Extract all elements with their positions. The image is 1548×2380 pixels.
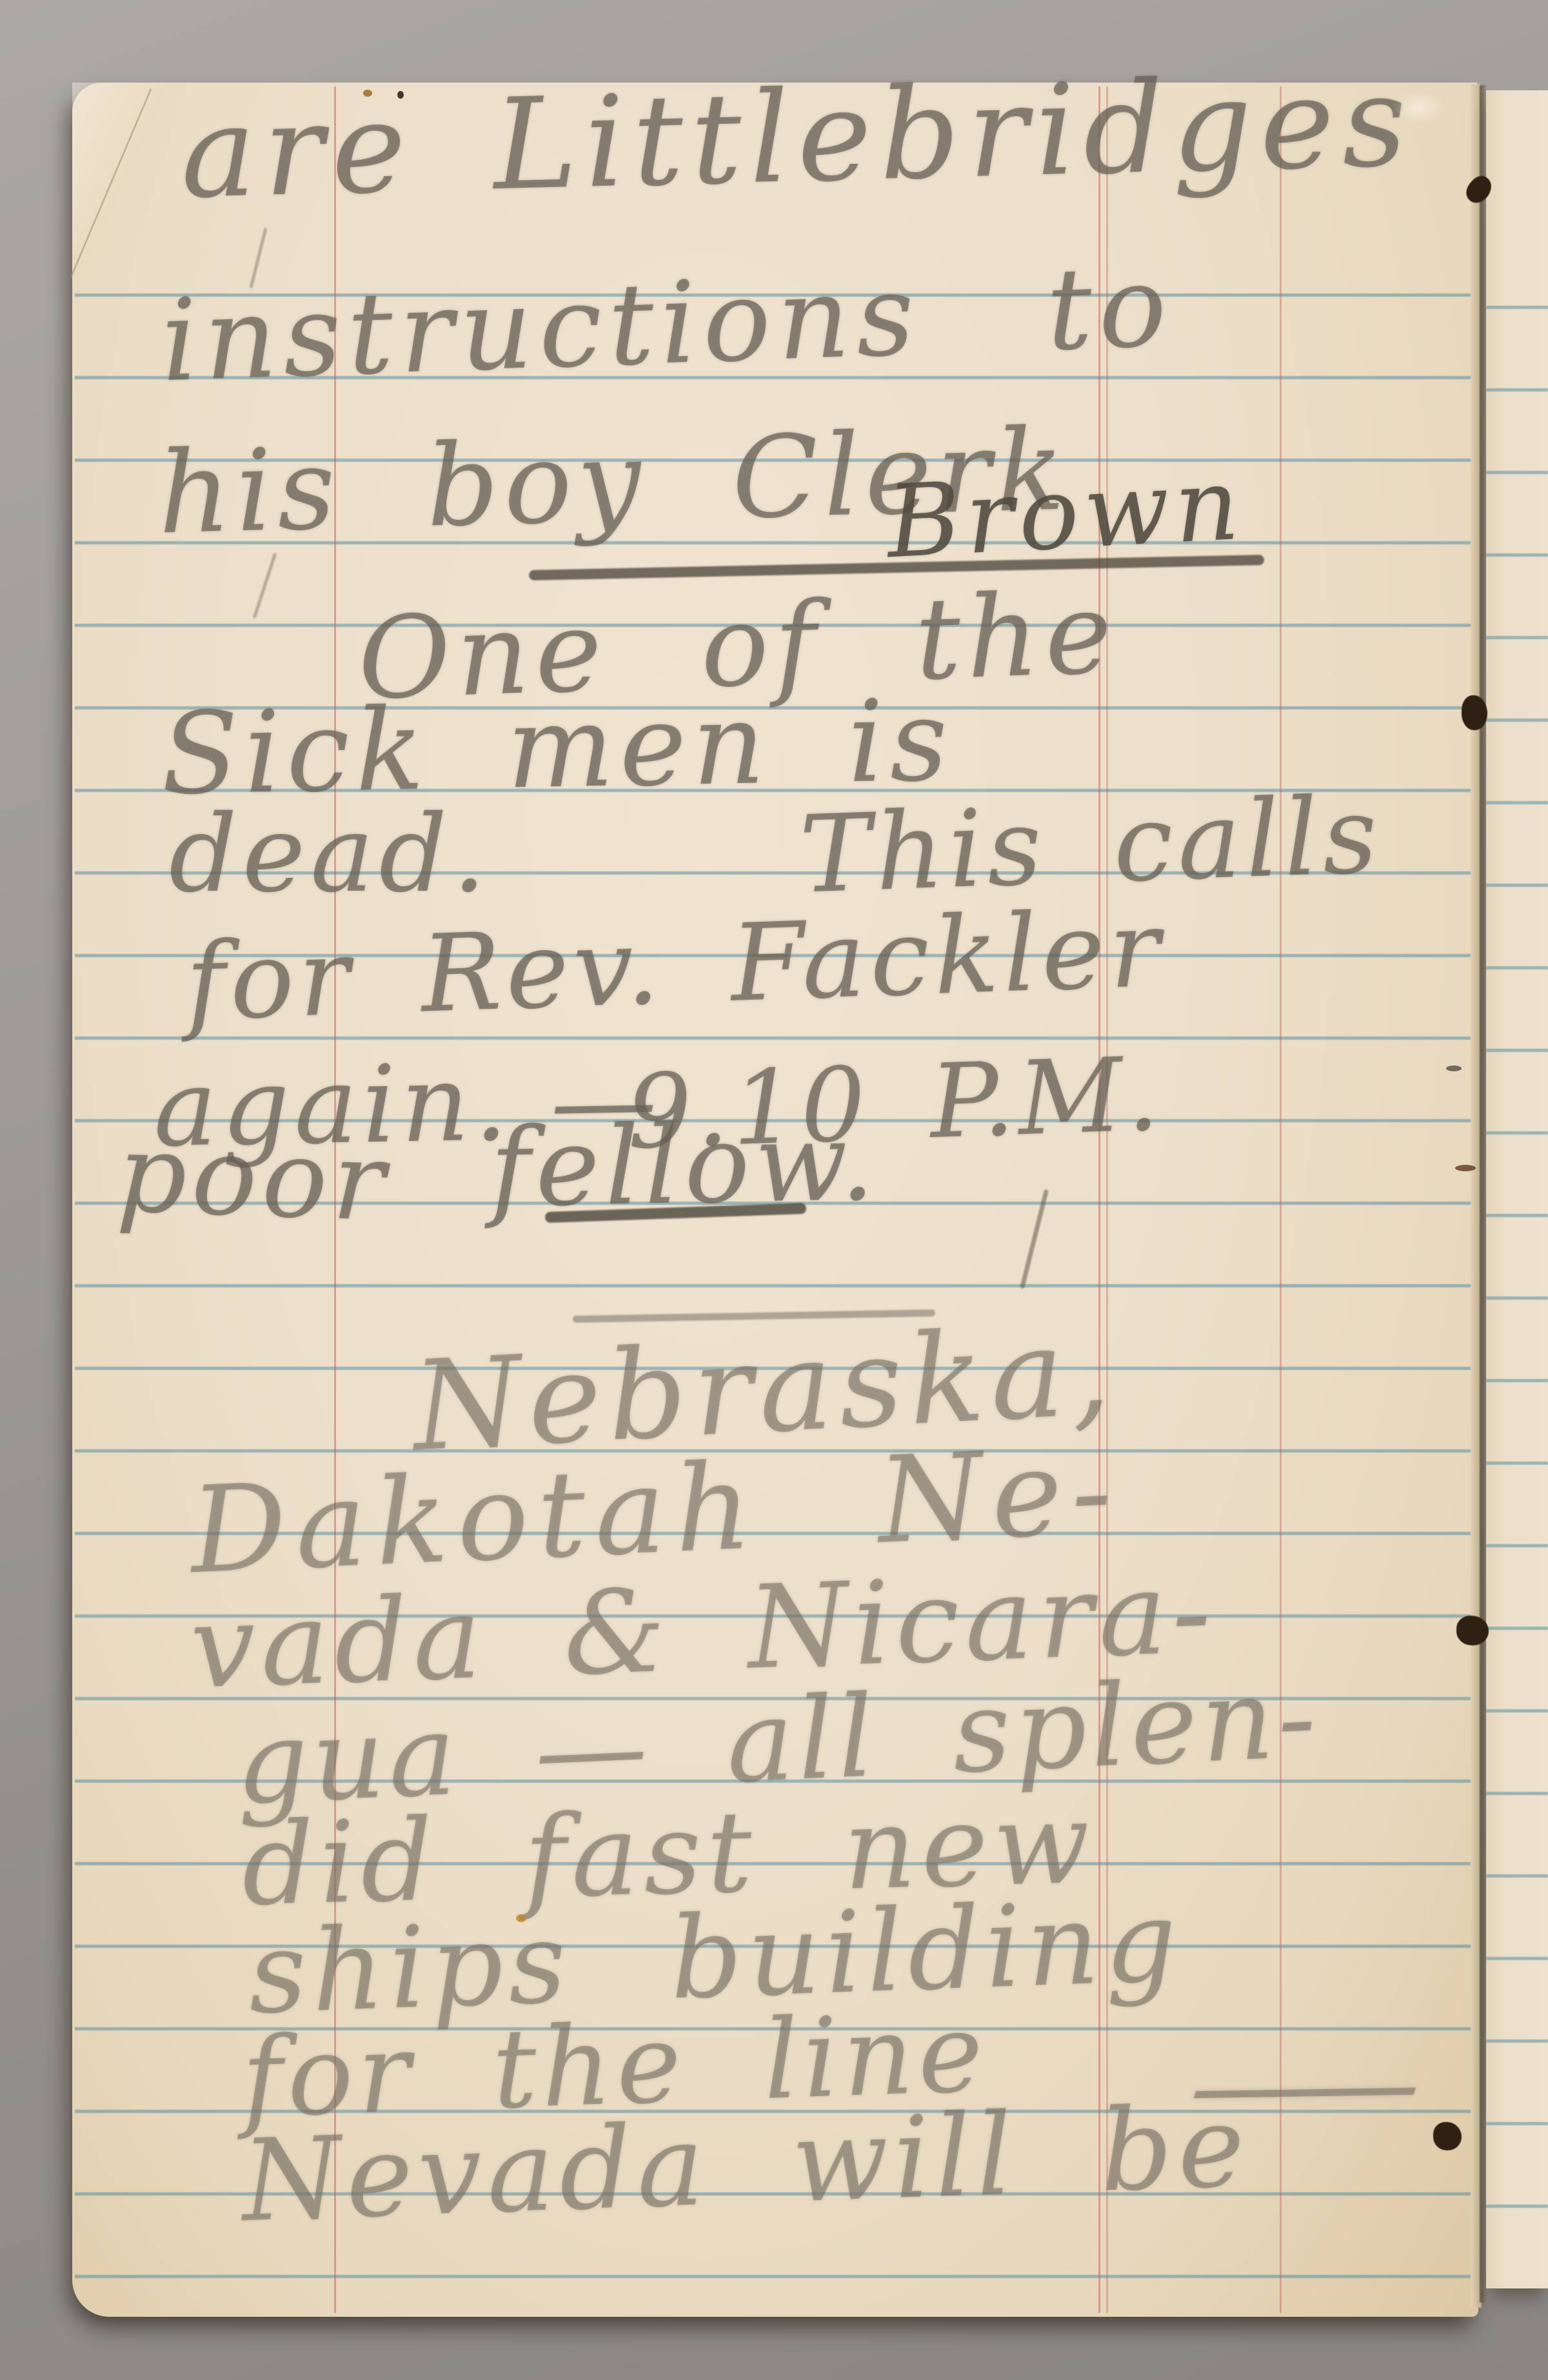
next-page-ruled-lines <box>1486 306 1548 2259</box>
ink-blot <box>1456 1616 1489 1645</box>
handwriting-line: instructions to <box>159 250 1175 399</box>
red-margin-line-right <box>1280 86 1282 2313</box>
handwriting-line: for Rev. Fackler <box>184 896 1166 1036</box>
paper-speck <box>516 1914 526 1922</box>
paper-speck <box>363 90 372 97</box>
handwriting-line: are Littlebridges <box>179 58 1416 216</box>
handwriting-word-brown: Brown <box>884 454 1246 573</box>
ink-blot <box>1433 2122 1462 2150</box>
ink-blot <box>1462 695 1487 730</box>
photo-background: are Littlebridges instructions to his bo… <box>0 0 1548 2380</box>
rust-speck <box>1455 1165 1476 1171</box>
handwriting-line: Nevada will be <box>240 2090 1251 2238</box>
handwriting-word: dead. <box>169 801 491 907</box>
corner-crease <box>72 83 169 295</box>
ink-speck <box>1446 1066 1462 1071</box>
handwriting-word: fellow. <box>490 1107 880 1223</box>
paper-speck <box>397 91 404 99</box>
handwriting-word: poor <box>115 1119 392 1237</box>
next-page-strip <box>1486 90 1548 2288</box>
paper-pale-spot <box>1393 90 1445 124</box>
